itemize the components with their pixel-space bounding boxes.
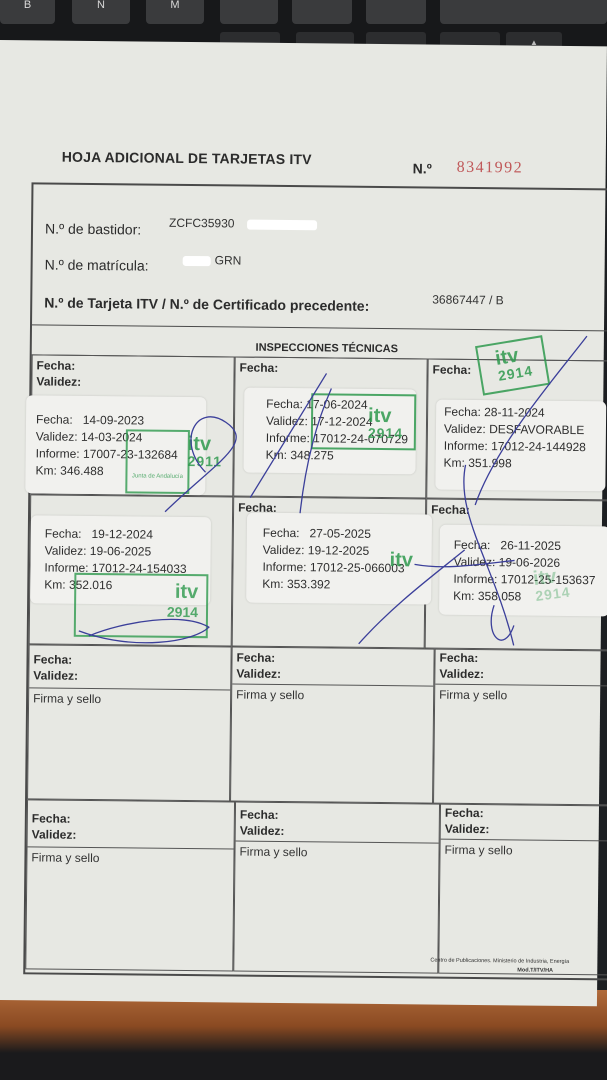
fecha-validez-labels: Fecha:Validez: [33, 651, 78, 683]
tarjeta-label: N.º de Tarjeta ITV / N.º de Certificado … [44, 294, 369, 313]
inspection-cell-empty: Fecha:Validez: Firma y sello [25, 799, 235, 971]
divider [32, 324, 607, 331]
model-footer: Mod.T/ITV/HA [517, 967, 553, 973]
keyboard-key: N [72, 0, 130, 24]
number-label: N.º [413, 160, 432, 176]
divider [441, 839, 607, 842]
fecha-label: Fecha: [432, 362, 471, 378]
firma-label: Firma y sello [236, 688, 304, 703]
keyboard-key [366, 0, 426, 24]
bastidor-value: ZCFC35930 [169, 216, 235, 231]
tarjeta-value: 36867447 / B [432, 293, 504, 308]
keyboard-key: B [0, 0, 55, 24]
keyboard-key [440, 0, 607, 24]
junta-andalucia-stamp: Junta de Andalucía [125, 429, 190, 494]
inspection-cell-empty: Fecha:Validez: Firma y sello [27, 644, 232, 801]
inspection-cell-empty: Fecha:Validez: Firma y sello [438, 804, 607, 976]
divider [232, 683, 433, 686]
matricula-value: GRN [215, 253, 242, 267]
junta-andalucia-stamp: itv 2914 [74, 573, 209, 638]
keyboard-key [292, 0, 352, 24]
firma-label: Firma y sello [31, 850, 99, 865]
firma-label: Firma y sello [239, 845, 307, 860]
divider [28, 846, 234, 849]
redaction [247, 220, 317, 231]
firma-label: Firma y sello [439, 688, 507, 703]
itv-sheet: HOJA ADICIONAL DE TARJETAS ITV N.º 83419… [0, 40, 607, 1006]
fecha-validez-labels: Fecha:Validez: [439, 650, 484, 682]
divider [29, 687, 230, 690]
divider [236, 841, 439, 844]
inspection-cell-empty: Fecha:Validez: Firma y sello [230, 646, 435, 803]
fecha-validez-labels: Fecha:Validez: [236, 650, 281, 682]
fecha-label: Fecha: [239, 360, 278, 376]
itv-stamp: itv2911 [187, 434, 234, 484]
fecha-validez-labels: Fecha:Validez: [32, 810, 77, 842]
fecha-validez-labels: Fecha:Validez: [240, 807, 285, 839]
itv-stamp-faded: itv2914 [532, 563, 587, 609]
itv-stamp: itv [389, 550, 431, 584]
divider [435, 684, 607, 687]
firma-label: Firma y sello [33, 691, 101, 706]
firma-label: Firma y sello [444, 843, 512, 858]
itv-stamp: itv2914 [311, 393, 417, 450]
inspection-sticker: Fecha: 28-11-2024 Validez: DESFAVORABLE … [435, 400, 606, 492]
fecha-label: Fecha:Validez: [36, 357, 81, 389]
matricula-label: N.º de matrícula: [45, 256, 149, 273]
serial-number: 8341992 [457, 159, 524, 178]
fecha-validez-labels: Fecha:Validez: [445, 805, 490, 837]
fecha-label: Fecha: [431, 502, 470, 518]
bastidor-label: N.º de bastidor: [45, 220, 141, 237]
inspection-cell-empty: Fecha:Validez: Firma y sello [433, 649, 607, 806]
redaction [183, 256, 211, 266]
keyboard-key [220, 0, 278, 24]
document-title: HOJA ADICIONAL DE TARJETAS ITV [62, 149, 312, 168]
inspection-cell-empty: Fecha:Validez: Firma y sello [233, 802, 440, 974]
keyboard-key: M [146, 0, 204, 24]
